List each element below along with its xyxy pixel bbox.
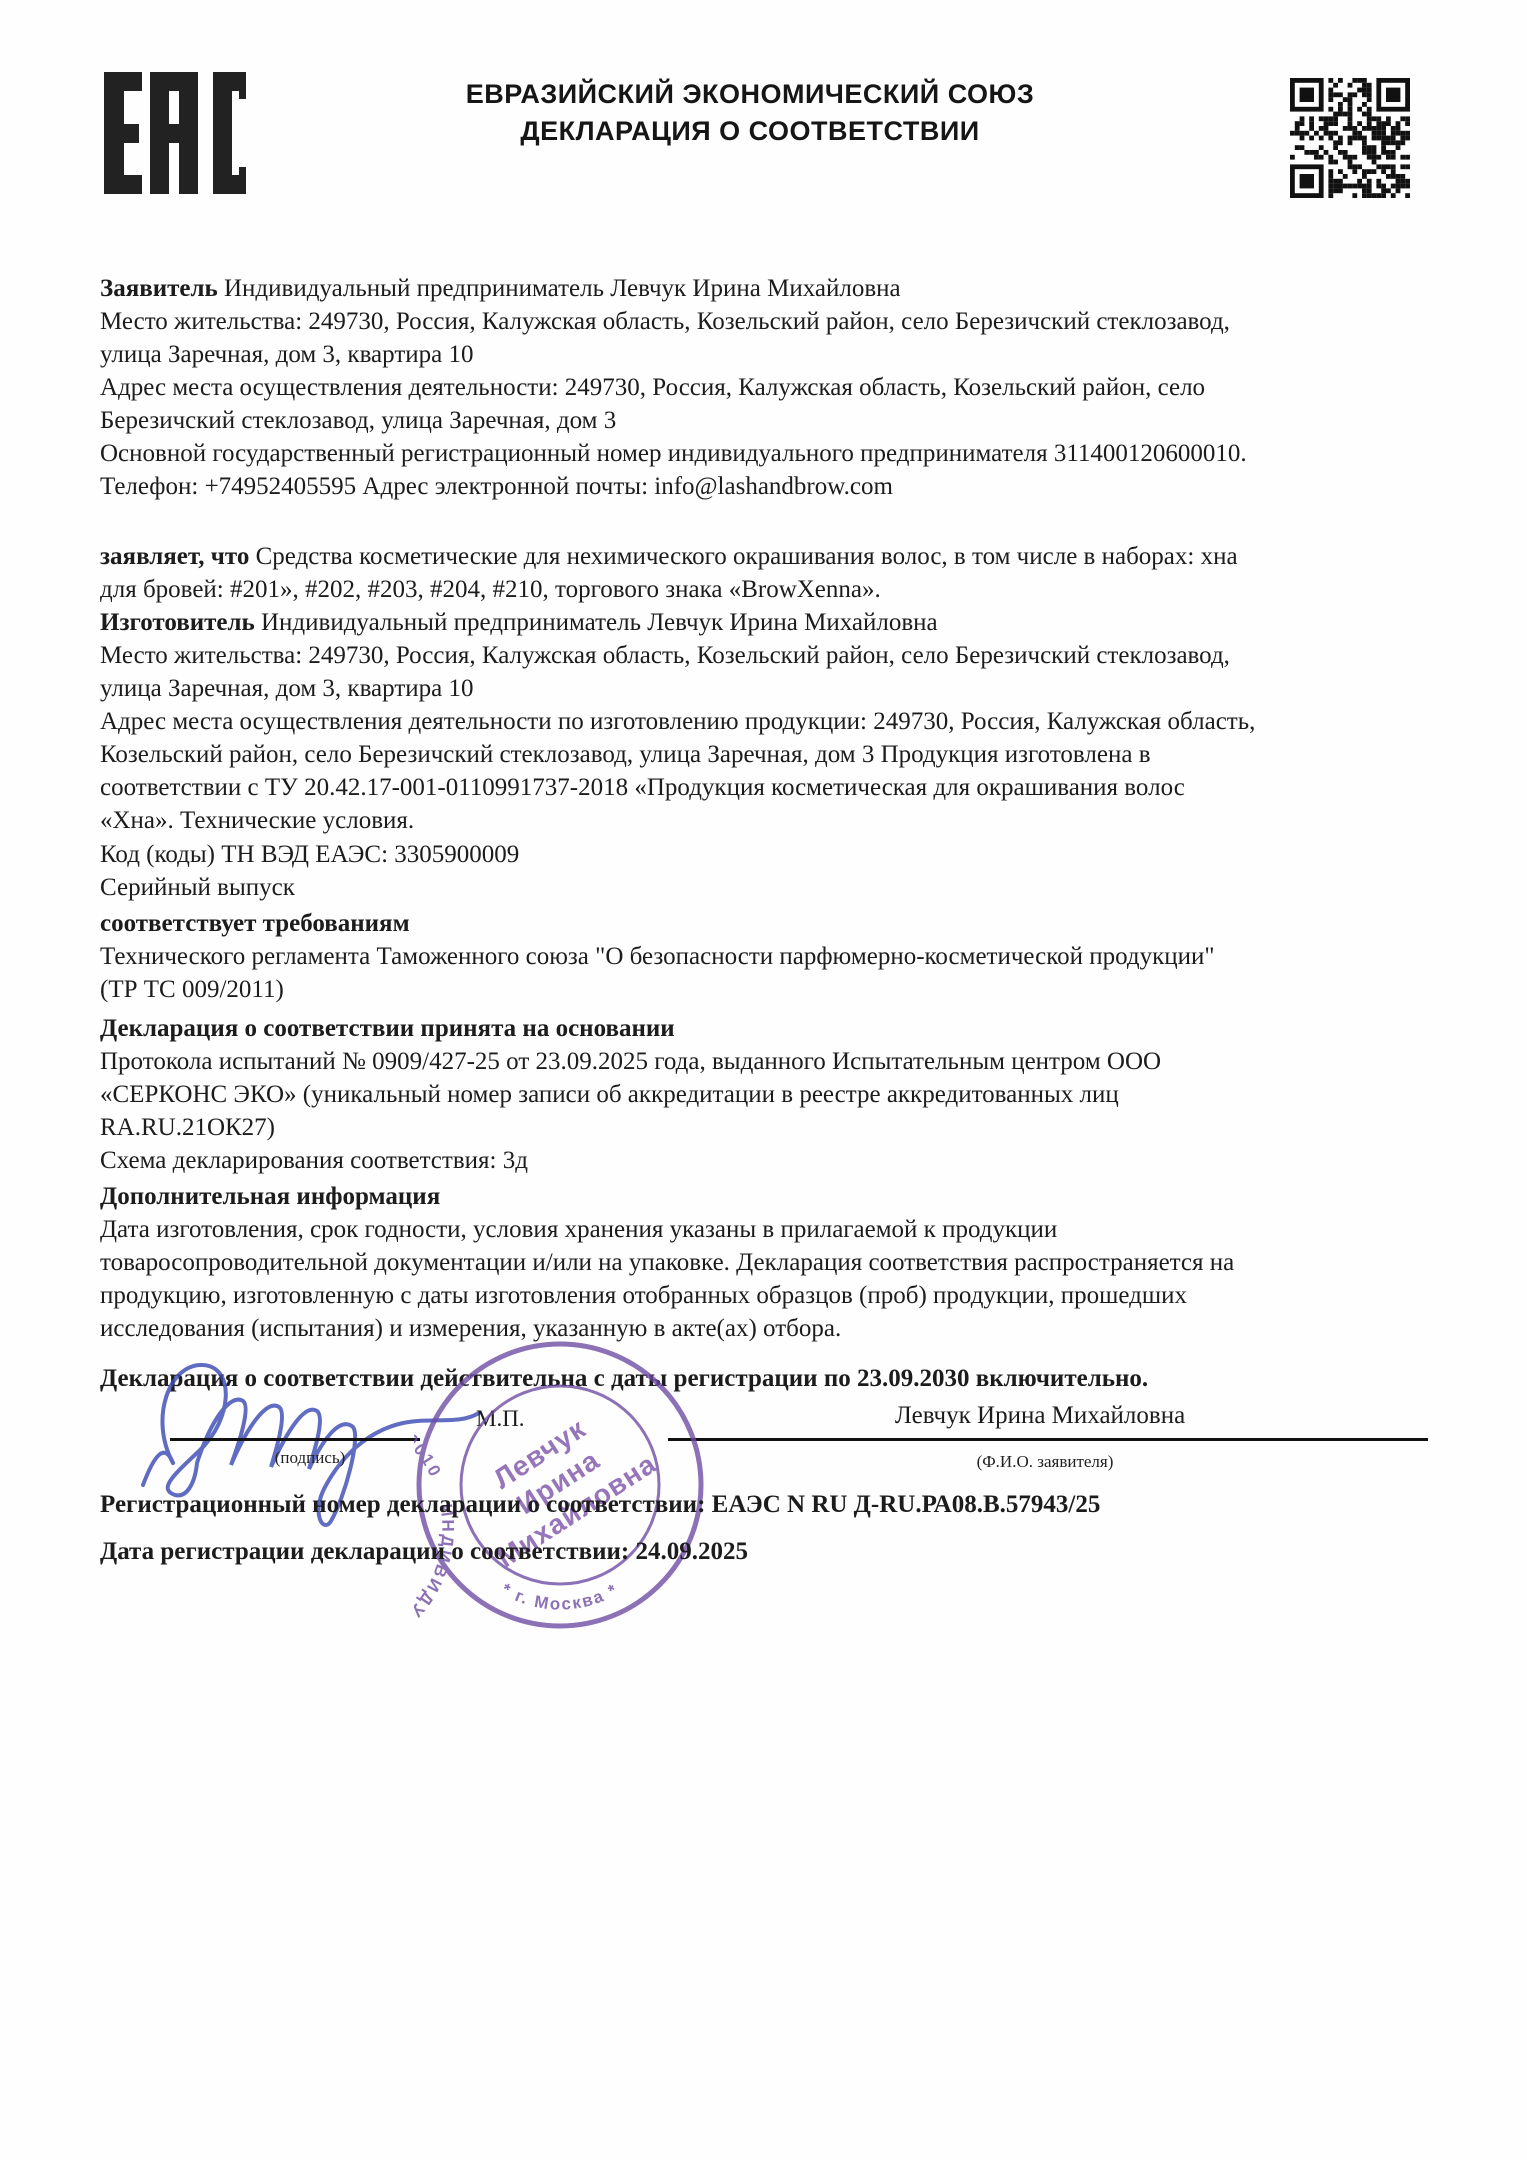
additional-info2: товаросопроводительной документации и/ил… — [100, 1246, 1480, 1279]
applicant-activity-address2: Березичский стеклозавод, улица Заречная,… — [100, 404, 1480, 437]
title-line-declaration: ДЕКЛАРАЦИЯ О СООТВЕТСТВИИ — [300, 113, 1200, 150]
compliance-regulation2: (ТР ТС 009/2011) — [100, 973, 1480, 1006]
additional-heading: Дополнительная информация — [100, 1180, 1480, 1213]
applicant-activity-address: Адрес места осуществления деятельности: … — [100, 371, 1480, 404]
statement-label: заявляет, что — [100, 543, 249, 570]
basis-protocol3: RA.RU.21ОК27) — [100, 1111, 1480, 1144]
additional-info3: продукцию, изготовленную с даты изготовл… — [100, 1279, 1480, 1312]
applicant-residence2: улица Заречная, дом 3, квартира 10 — [100, 338, 1480, 371]
round-stamp: ИНДИВИДУАЛЬНЫЙ ПРЕДПРИНИМАТЕЛЬ * ОГРНИП … — [414, 1339, 706, 1631]
applicant-line: Заявитель Индивидуальный предприниматель… — [100, 272, 1480, 305]
statement-products: для бровей: #201», #202, #203, #204, #21… — [100, 573, 1480, 606]
basis-heading: Декларация о соответствии принята на осн… — [100, 1012, 1480, 1045]
signature-line — [170, 1438, 420, 1441]
basis-protocol2: «СЕРКОНС ЭКО» (уникальный номер записи о… — [100, 1078, 1480, 1111]
declaration-page: ЕВРАЗИЙСКИЙ ЭКОНОМИЧЕСКИЙ СОЮЗ ДЕКЛАРАЦИ… — [0, 0, 1527, 2160]
applicant-label: Заявитель — [100, 275, 218, 302]
manufacturer-line: Изготовитель Индивидуальный предпринимат… — [100, 606, 1480, 639]
compliance-regulation: Технического регламента Таможенного союз… — [100, 940, 1480, 973]
declaration-scheme: Схема декларирования соответствия: 3д — [100, 1144, 1480, 1177]
manufacturer-residence2: улица Заречная, дом 3, квартира 10 — [100, 672, 1480, 705]
serial-release: Серийный выпуск — [100, 871, 1480, 904]
applicant-fio: Левчук Ирина Михайловна — [840, 1402, 1240, 1430]
manufacturer-residence: Место жительства: 249730, Россия, Калужс… — [100, 639, 1480, 672]
document-title: ЕВРАЗИЙСКИЙ ЭКОНОМИЧЕСКИЙ СОЮЗ ДЕКЛАРАЦИ… — [300, 76, 1200, 150]
signature-caption: (подпись) — [235, 1448, 385, 1468]
manufacturer-label: Изготовитель — [100, 609, 255, 636]
title-line-union: ЕВРАЗИЙСКИЙ ЭКОНОМИЧЕСКИЙ СОЮЗ — [300, 76, 1200, 113]
additional-info: Дата изготовления, срок годности, услови… — [100, 1213, 1480, 1246]
fio-line — [668, 1438, 1428, 1441]
document-body: Заявитель Индивидуальный предприниматель… — [100, 272, 1480, 1345]
basis-protocol: Протокола испытаний № 0909/427-25 от 23.… — [100, 1045, 1480, 1078]
registration-number: Регистрационный номер декларации о соотв… — [100, 1488, 1100, 1521]
production-tu2: «Хна». Технические условия. — [100, 804, 1480, 837]
qr-code — [1290, 78, 1410, 198]
production-address: Адрес места осуществления деятельности п… — [100, 705, 1480, 738]
production-address2: Козельский район, село Березичский стекл… — [100, 738, 1480, 771]
production-tu: соответствии с ТУ 20.42.17-001-011099173… — [100, 771, 1480, 804]
tnved-code: Код (коды) ТН ВЭД ЕАЭС: 3305900009 — [100, 838, 1480, 871]
statement-line: заявляет, что Средства косметические для… — [100, 540, 1480, 573]
registration-date: Дата регистрации декларации о соответств… — [100, 1535, 748, 1568]
applicant-residence: Место жительства: 249730, Россия, Калужс… — [100, 305, 1480, 338]
compliance-heading: соответствует требованиям — [100, 907, 1480, 940]
applicant-ogrnip: Основной государственный регистрационный… — [100, 437, 1480, 470]
eac-logo — [104, 72, 246, 194]
applicant-contacts: Телефон: +74952405595 Адрес электронной … — [100, 470, 1480, 503]
fio-caption: (Ф.И.О. заявителя) — [920, 1452, 1170, 1472]
